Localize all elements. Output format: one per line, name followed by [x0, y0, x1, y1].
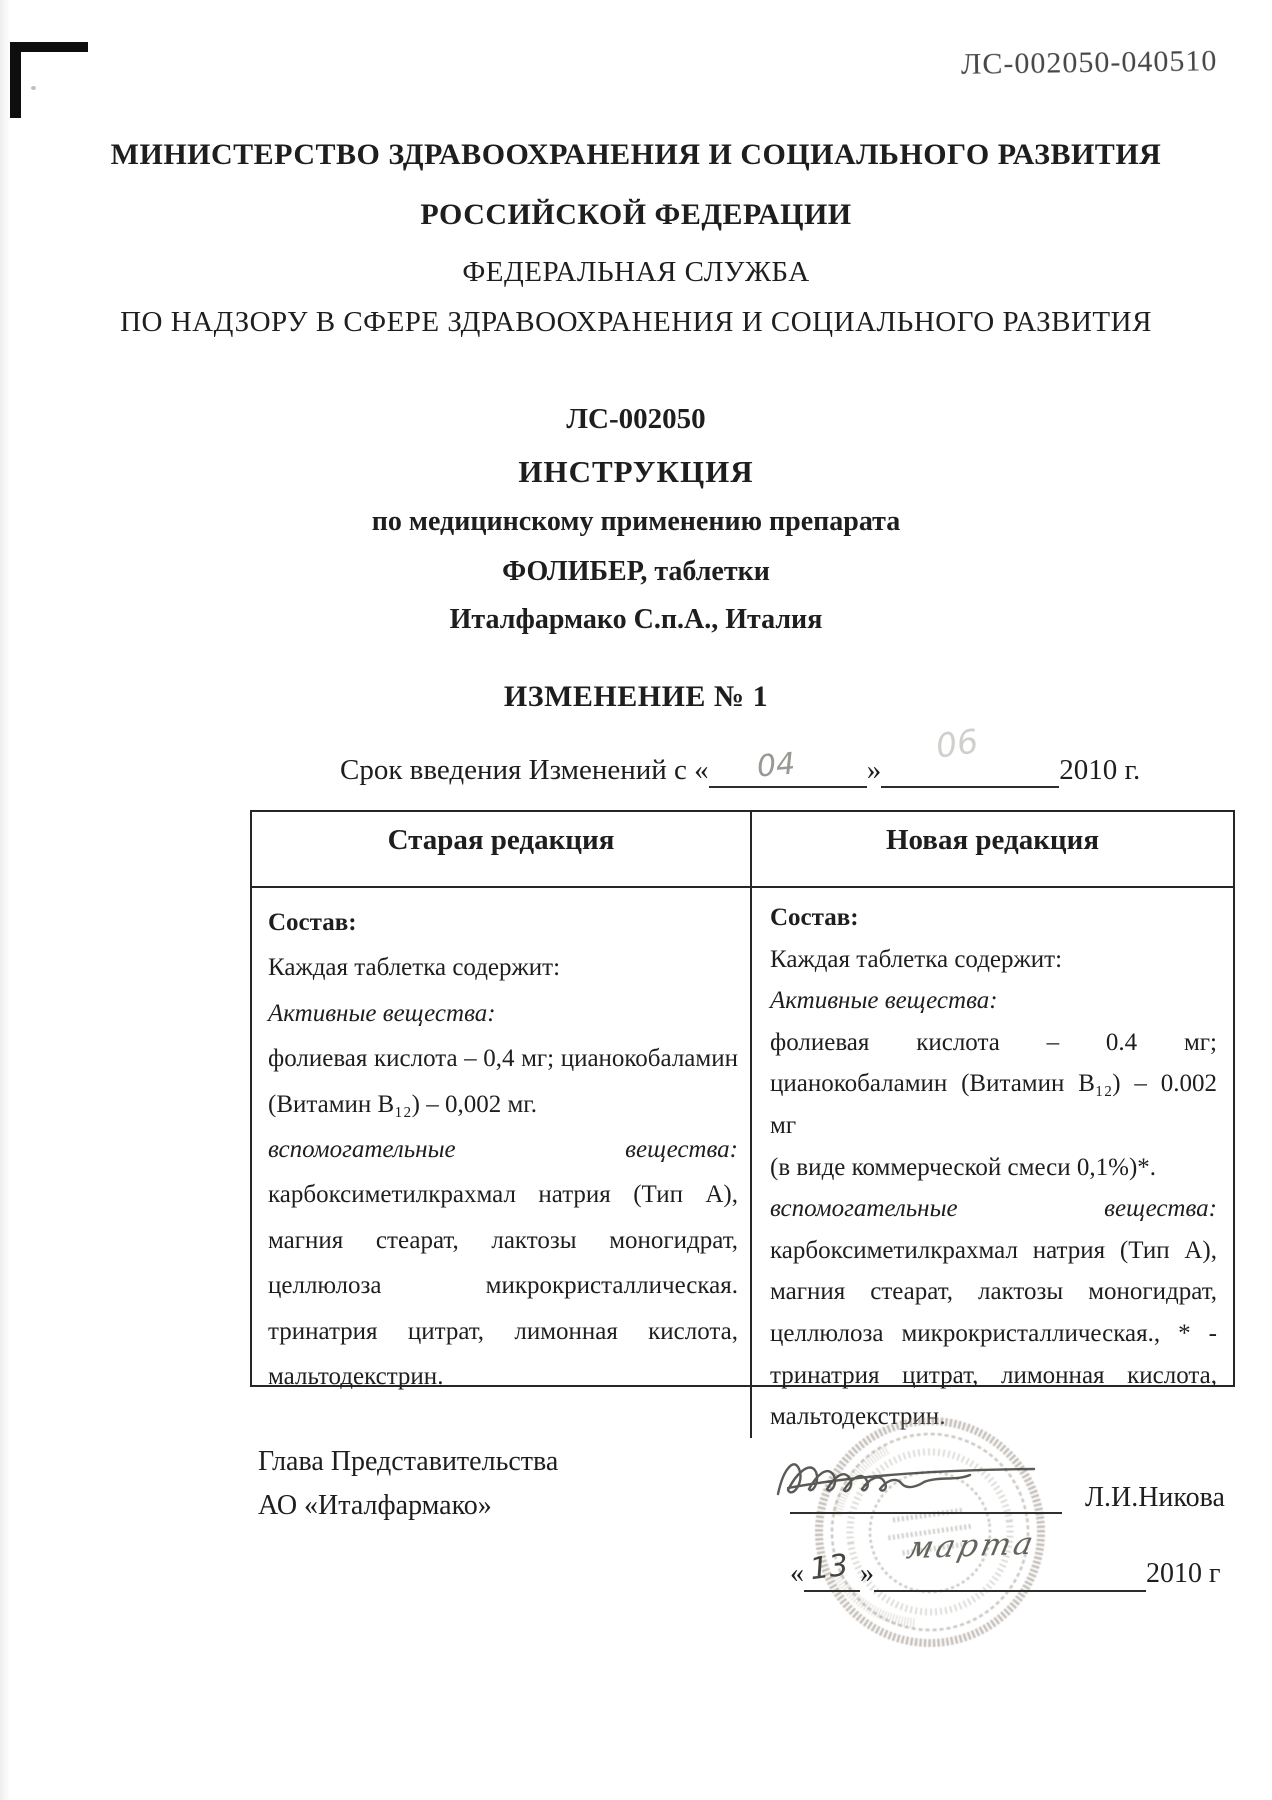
new-edition-line: Состав: [770, 897, 1217, 939]
new-edition-line: тринатрия цитрат, лимонная кислота, [770, 1355, 1217, 1397]
handwritten-month: 06 [934, 721, 981, 765]
new-edition-line: (в виде коммерческой смеси 0,1%)*. [770, 1147, 1217, 1189]
registration-number: ЛС-002050-040510 [960, 44, 1217, 82]
month-blank: марта [874, 1554, 1146, 1592]
year-suffix: 2010 г [1146, 1556, 1220, 1592]
editions-comparison-table: Старая редакция Новая редакция Состав: К… [250, 810, 1235, 1387]
ministry-line-1: МИНИСТЕРСТВО ЗДРАВООХРАНЕНИЯ И СОЦИАЛЬНО… [0, 138, 1272, 172]
manufacturer: Италфармако С.п.А., Италия [0, 604, 1272, 636]
doc-type-title: ИНСТРУКЦИЯ [0, 454, 1272, 490]
old-edition-line: (Витамин В₁₂) – 0,002 мг. [268, 1082, 738, 1127]
reg-code: ЛС-002050 [0, 403, 1272, 436]
old-edition-line: Каждая таблетка содержит: [268, 945, 738, 990]
drug-name: ФОЛИБЕР, таблетки [0, 556, 1272, 588]
signer-position-line-1: Глава Представительства [258, 1446, 558, 1478]
old-edition-line: Состав: [268, 900, 738, 945]
new-edition-line: магния стеарат, лактозы моногидрат, [770, 1271, 1217, 1313]
handwritten-day: 04 [755, 746, 796, 784]
new-edition-line: вспомогательные вещества: [770, 1188, 1217, 1230]
old-edition-line: карбоксиметилкрахмал натрия (Тип А), [268, 1172, 738, 1217]
new-edition-line: карбоксиметилкрахмал натрия (Тип А), [770, 1230, 1217, 1272]
crop-corner-mark [10, 42, 21, 118]
signer-name: Л.И.Никова [1085, 1482, 1225, 1514]
oversight-line: ПО НАДЗОРУ В СФЕРЕ ЗДРАВООХРАНЕНИЯ И СОЦ… [0, 306, 1272, 339]
signature-line [790, 1512, 1062, 1514]
handwritten-month: марта [904, 1526, 1040, 1566]
effective-date-line: Срок введения Изменений с «04»062010 г. [340, 750, 1140, 788]
open-quote: « [790, 1556, 804, 1592]
column-header-new-edition: Новая редакция [752, 812, 1233, 886]
amendment-title: ИЗМЕНЕНИЕ № 1 [0, 680, 1272, 714]
new-edition-line: целлюлоза микрокристаллическая., * - [770, 1313, 1217, 1355]
crop-corner-mark [10, 42, 88, 52]
old-edition-line: тринатрия цитрат, лимонная кислота, [268, 1309, 738, 1354]
new-edition-line: Каждая таблетка содержит: [770, 939, 1217, 981]
new-edition-line: Активные вещества: [770, 980, 1217, 1022]
federal-service-line: ФЕДЕРАЛЬНАЯ СЛУЖБА [0, 256, 1272, 289]
signer-position-line-2: АО «Италфармако» [258, 1490, 492, 1522]
new-edition-line: цианокобаламин (Витамин В₁₂) – 0.002 мг [770, 1063, 1217, 1146]
day-blank: 13 [804, 1554, 860, 1592]
handwritten-day: 13 [808, 1548, 850, 1587]
year-suffix: 2010 г. [1059, 752, 1140, 788]
ministry-line-2: РОССИЙСКОЙ ФЕДЕРАЦИИ [0, 198, 1272, 232]
table-body-row: Состав: Каждая таблетка содержит: Активн… [252, 888, 1233, 1438]
table-header-row: Старая редакция Новая редакция [252, 812, 1233, 888]
old-edition-line: мальтодекстрин. [268, 1354, 738, 1399]
old-edition-cell: Состав: Каждая таблетка содержит: Активн… [252, 888, 752, 1438]
month-blank: 06 [881, 750, 1059, 788]
effective-date-prefix: Срок введения Изменений с « [340, 752, 709, 788]
column-header-old-edition: Старая редакция [252, 812, 752, 886]
old-edition-line: вспомогательные вещества: [268, 1127, 738, 1172]
old-edition-line: фолиевая кислота – 0,4 мг; цианокобалами… [268, 1036, 738, 1081]
new-edition-line: фолиевая кислота – 0.4 мг; [770, 1022, 1217, 1064]
doc-subtitle: по медицинскому применению препарата [0, 506, 1272, 538]
old-edition-line: Активные вещества: [268, 991, 738, 1036]
close-quote: » [860, 1556, 874, 1592]
scanned-document-page: ЛС-002050-040510 МИНИСТЕРСТВО ЗДРАВООХРА… [0, 0, 1272, 1800]
old-edition-line: магния стеарат, лактозы моногидрат, [268, 1218, 738, 1263]
old-edition-line: целлюлоза микрокристаллическая. [268, 1263, 738, 1308]
signature-date-line: «13»марта2010 г [790, 1554, 1220, 1592]
scan-speck [31, 86, 36, 90]
close-quote: » [867, 752, 882, 788]
day-blank: 04 [709, 750, 867, 788]
new-edition-cell: Состав: Каждая таблетка содержит: Активн… [752, 888, 1233, 1438]
